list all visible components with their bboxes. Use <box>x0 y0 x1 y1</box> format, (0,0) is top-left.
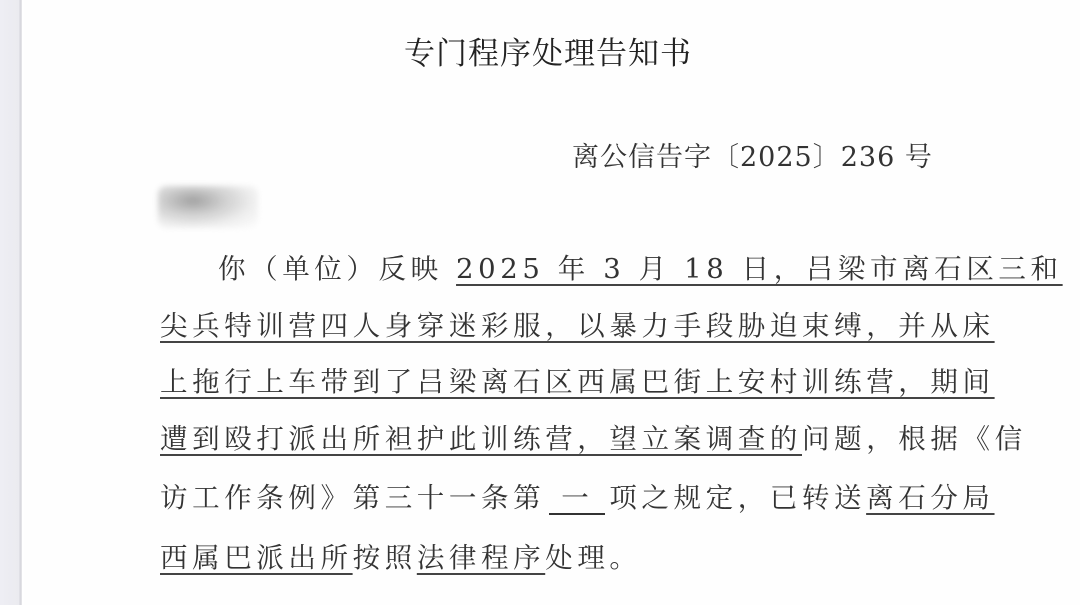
body-text: 处理。 <box>545 542 641 574</box>
body-text: 访工作条例》第三十一条第 <box>160 482 545 514</box>
body-text-underlined: 2025 年 3 月 18 日，吕梁市离石区三和 <box>456 253 1063 285</box>
body-text-underlined: 遭到殴打派出所袒护此训练营，望立案调查的 <box>160 423 802 455</box>
viewer-side-strip <box>0 0 22 605</box>
body-text: 你（单位）反映 <box>218 253 456 285</box>
body-line-6: 西属巴派出所按照法律程序处理。 <box>160 538 642 578</box>
body-line-1: 你（单位）反映 2025 年 3 月 18 日，吕梁市离石区三和 <box>160 249 1063 289</box>
body-text: 项之规定，已转送 <box>609 482 866 514</box>
body-line-2: 尖兵特训营四人身穿迷彩服，以暴力手段胁迫束缚，并从床 <box>160 306 995 346</box>
document-number: 离公信告字〔2025〕236 号 <box>572 135 933 174</box>
fill-in-blank-item-number: 一 <box>549 483 605 515</box>
body-line-4: 遭到殴打派出所袒护此训练营，望立案调查的问题，根据《信 <box>160 419 1027 459</box>
body-text-underlined: 上拖行上车带到了吕梁离石区西属巴街上安村训练营，期间 <box>160 366 995 398</box>
document-title: 专门程序处理告知书 <box>404 28 692 73</box>
body-line-3: 上拖行上车带到了吕梁离石区西属巴街上安村训练营，期间 <box>160 362 995 402</box>
body-text-underlined: 尖兵特训营四人身穿迷彩服，以暴力手段胁迫束缚，并从床 <box>160 310 995 342</box>
recipient-name-redacted <box>158 186 258 228</box>
body-text-underlined: 西属巴派出所 <box>160 542 353 574</box>
body-text: 按照 <box>353 542 417 574</box>
body-text-underlined: 法律程序 <box>417 542 545 574</box>
body-line-5: 访工作条例》第三十一条第一项之规定，已转送离石分局 <box>160 478 995 518</box>
body-text: 问题，根据《信 <box>802 423 1027 455</box>
body-text-underlined: 离石分局 <box>866 482 994 514</box>
